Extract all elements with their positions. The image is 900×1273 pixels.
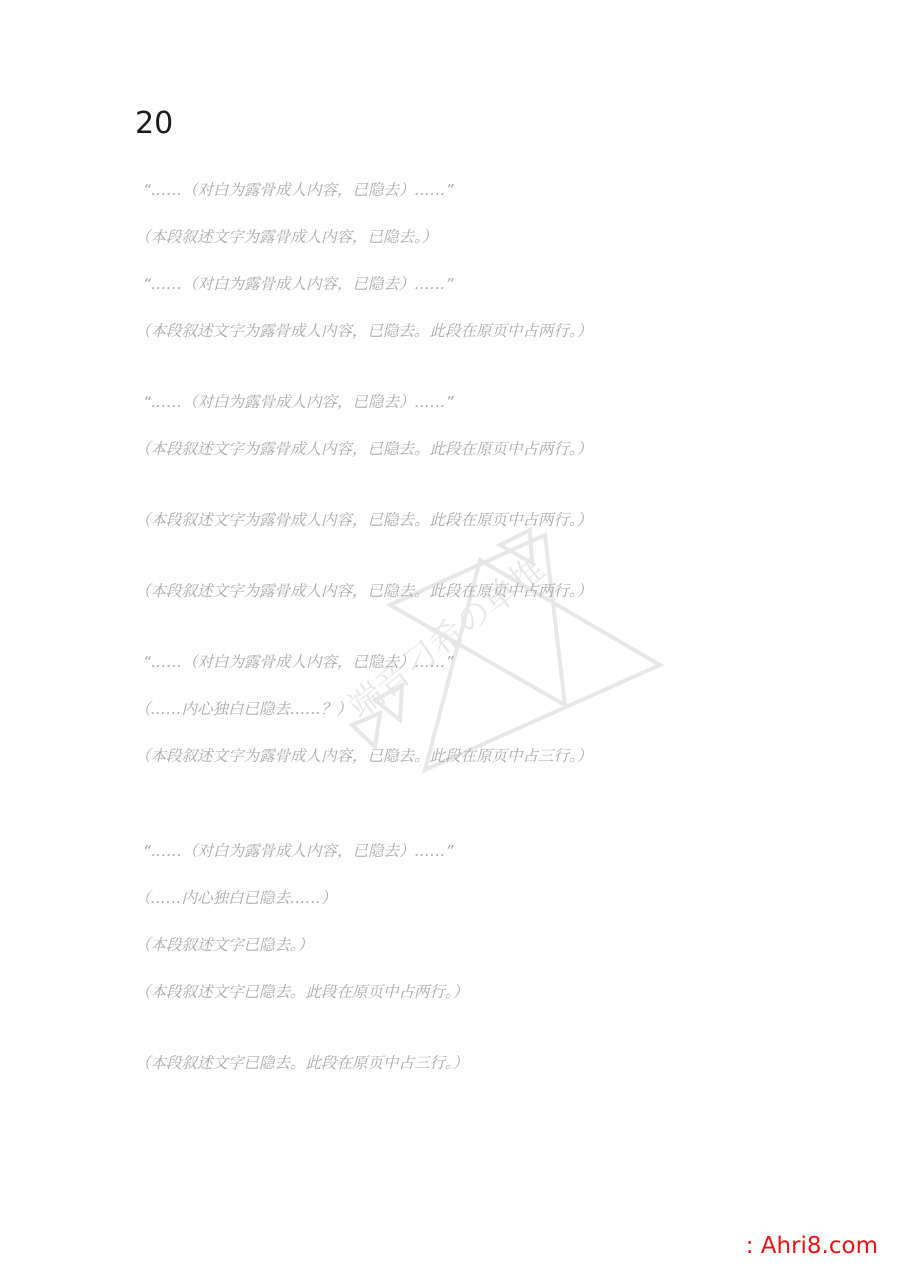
- paragraph-redacted: （本段叙述文字已隐去。）: [135, 933, 768, 957]
- paragraph-redacted: （本段叙述文字为露骨成人内容，已隐去。）: [135, 225, 768, 249]
- paragraph-redacted: （本段叙述文字为露骨成人内容，已隐去。此段在原页中占两行。）: [135, 508, 768, 556]
- paragraph-redacted: （本段叙述文字为露骨成人内容，已隐去。此段在原页中占两行。）: [135, 579, 768, 627]
- body-text-container: “……（对白为露骨成人内容，已隐去）……”（本段叙述文字为露骨成人内容，已隐去。…: [135, 178, 768, 1146]
- paragraph-redacted: “……（对白为露骨成人内容，已隐去）……”: [135, 839, 768, 863]
- paragraph-redacted: “……（对白为露骨成人内容，已隐去）……”: [135, 650, 768, 674]
- paragraph-redacted: “……（对白为露骨成人内容，已隐去）……”: [135, 390, 768, 414]
- paragraph-redacted: （……内心独白已隐去……？）: [135, 697, 768, 721]
- paragraph-redacted: （……内心独白已隐去……）: [135, 886, 768, 910]
- site-watermark: : Ahri8.com: [746, 1232, 878, 1260]
- paragraph-redacted: （本段叙述文字已隐去。此段在原页中占两行。）: [135, 980, 768, 1028]
- paragraph-redacted: （本段叙述文字为露骨成人内容，已隐去。此段在原页中占两行。）: [135, 437, 768, 485]
- paragraph-redacted: （本段叙述文字已隐去。此段在原页中占三行。）: [135, 1051, 768, 1123]
- paragraph-redacted: “……（对白为露骨成人内容，已隐去）……”: [135, 178, 768, 202]
- paragraph-redacted: “……（对白为露骨成人内容，已隐去）……”: [135, 272, 768, 296]
- paragraph-redacted: （本段叙述文字为露骨成人内容，已隐去。此段在原页中占三行。）: [135, 744, 768, 816]
- page-number: 20: [135, 105, 173, 143]
- paragraph-redacted: （本段叙述文字为露骨成人内容，已隐去。此段在原页中占两行。）: [135, 319, 768, 367]
